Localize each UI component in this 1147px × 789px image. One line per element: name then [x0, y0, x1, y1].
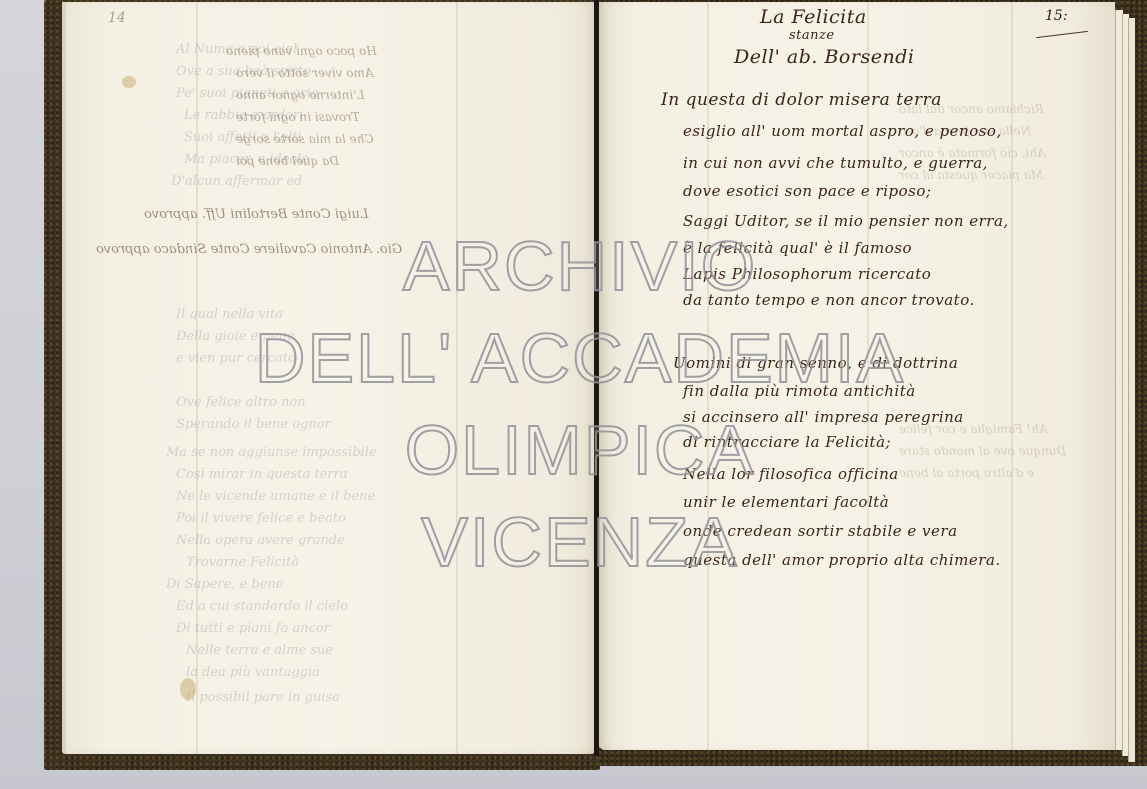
- show-through-text: Sperando il bene ognor: [176, 417, 331, 432]
- bleed-through-text: Ho poco ogni vano pieno: [226, 44, 377, 58]
- bleed-through-signature: Luigi Conte Bertolini Uff. approvo: [144, 207, 369, 222]
- show-through-text: Ed a cui standardo il cielo: [176, 599, 348, 614]
- verse-line: esiglio all' uom mortal aspro, e penoso,: [683, 122, 1002, 140]
- page-fold: [456, 2, 458, 754]
- show-through-text: Ma se non aggiunse impossibile: [166, 445, 377, 460]
- verse-line: in cui non avvi che tumulto, e guerra,: [683, 154, 988, 172]
- show-through-text: Poi il vivere felice e beato: [176, 511, 346, 526]
- show-through-text: Trovarne Felicità: [186, 555, 299, 570]
- show-through-text: Il possibil pare in guisa: [186, 690, 340, 705]
- bleed-through-text: L'interno ognor anno: [236, 88, 365, 102]
- page-fold: [867, 2, 869, 750]
- right-page-number: 15:: [1045, 8, 1068, 24]
- show-through-text: Nella opera avere grande: [176, 533, 345, 548]
- manuscript-scan: 14 Al Nume a poi ciel Ove a sua beà spir…: [0, 0, 1147, 789]
- verse-line: unir le elementari facoltà: [683, 493, 889, 511]
- poem-title: La Felicita: [760, 6, 867, 28]
- page-edges: [1128, 18, 1135, 762]
- verse-line: di rintracciare la Felicità;: [683, 433, 891, 451]
- verse-line: Lapis Philosophorum ricercato: [683, 265, 931, 283]
- show-through-text: Il qual nella vita: [176, 307, 283, 322]
- verse-line: fin dalla più rimota antichità: [683, 382, 916, 400]
- show-through-text: Di Sapere, e bene: [166, 577, 283, 592]
- right-page: Richiamo ancor dal lato Nella sua forma …: [599, 2, 1115, 750]
- show-through-text: Nelle terra e alme sue: [186, 643, 333, 658]
- verse-line: da tanto tempo e non ancor trovato.: [683, 291, 975, 309]
- bleed-through-text: Dunque ove al mondo stare: [899, 444, 1066, 458]
- paper-stain: [122, 76, 136, 88]
- verse-line: è la felicità qual' è il famoso: [683, 239, 912, 257]
- bleed-through-text: e d'altra porta al bene: [899, 466, 1034, 480]
- show-through-text: Così mirar in questa terra: [176, 467, 347, 482]
- verse-line: In questa di dolor misera terra: [661, 90, 942, 110]
- page-fold: [707, 2, 709, 750]
- bleed-through-text: Da quel bene poi: [236, 154, 339, 168]
- verse-line: si accinsero all' impresa peregrina: [683, 408, 964, 426]
- show-through-text: e vien pur cercato: [176, 351, 296, 366]
- verse-line: onde credean sortir stabile e vera: [683, 522, 958, 540]
- show-through-text: la dea più vantaggia: [186, 665, 320, 680]
- left-page-number: 14: [108, 10, 126, 26]
- verse-line: dove esotici son pace e riposo;: [683, 182, 931, 200]
- show-through-text: Ne le vicende umane e il bene: [176, 489, 375, 504]
- show-through-text: Ove felice altro non: [176, 395, 306, 410]
- show-through-text: D'alcun affermar ed: [171, 174, 302, 189]
- page-number-rule: [1036, 31, 1088, 38]
- verse-line: Uomini di gran senno, e di dottrina: [673, 354, 958, 372]
- bleed-through-text: Che la mia sorte sorge: [236, 132, 374, 146]
- bleed-through-signature: Gio. Antonio Cavaliere Conte Sindaco app…: [96, 242, 402, 257]
- show-through-text: Di tutti e piani fa ancor: [176, 621, 330, 636]
- show-through-text: Della gioie e pene: [176, 329, 295, 344]
- bleed-through-text: Trovasi in ogni forte: [236, 110, 360, 124]
- verse-line: Saggi Uditor, se il mio pensier non erra…: [683, 212, 1009, 230]
- verse-line: Nella lor filosofica officina: [683, 465, 899, 483]
- verse-line: questa dell' amor proprio alta chimera.: [683, 551, 1001, 569]
- bleed-through-text: Amo viver sotto il vero: [236, 66, 374, 80]
- paper-stain: [180, 678, 196, 700]
- left-page: 14 Al Nume a poi ciel Ove a sua beà spir…: [62, 2, 600, 754]
- title-insert: stanze: [789, 28, 835, 43]
- author-line: Dell' ab. Borsendi: [734, 46, 914, 68]
